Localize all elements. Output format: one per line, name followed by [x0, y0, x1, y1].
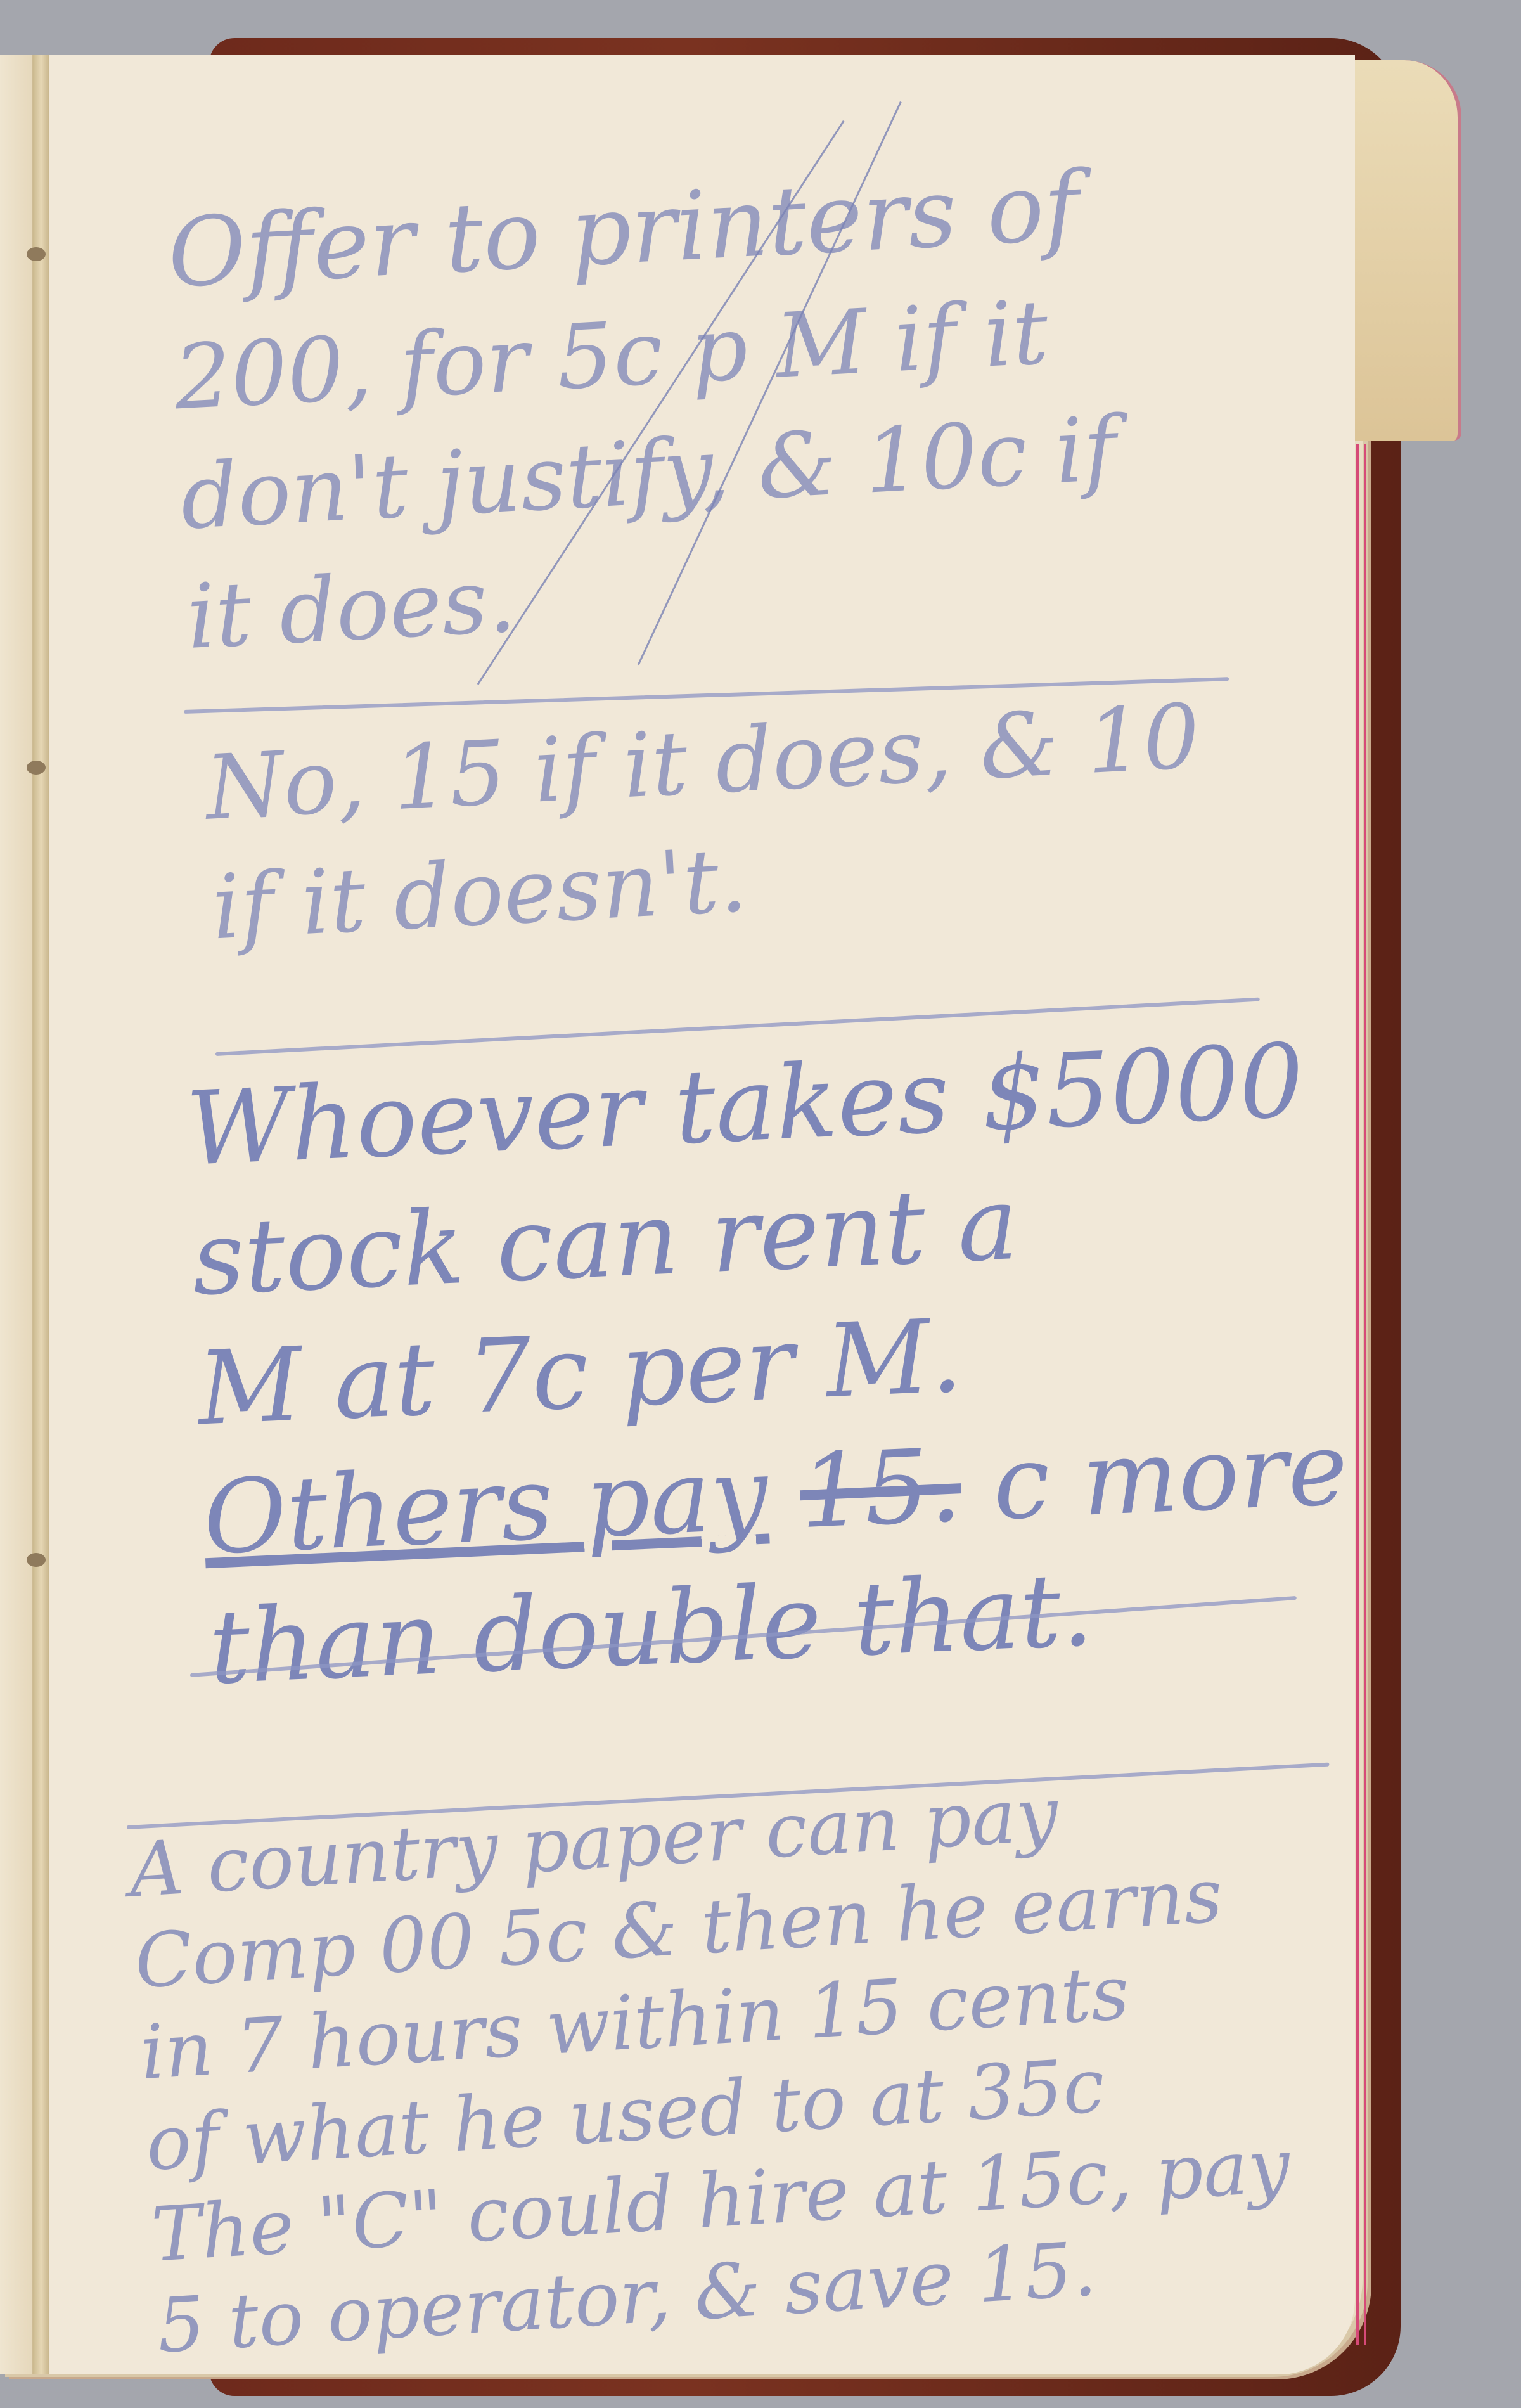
binding-stitch — [27, 761, 46, 775]
note-1: Offer to printers of 200, for 5c p M if … — [165, 141, 1126, 678]
binding-stitch — [27, 1553, 46, 1567]
note-text: Others pay — [201, 1434, 770, 1578]
binding-stitch — [27, 247, 46, 261]
inserted-text: c more — [991, 1409, 1350, 1543]
facing-page-edge — [0, 55, 34, 2374]
struck-text: 15. — [797, 1426, 963, 1552]
binding-gutter — [33, 55, 49, 2374]
torn-page-tab — [1337, 60, 1461, 441]
red-page-edge — [1364, 444, 1366, 2345]
red-page-edge — [1356, 444, 1359, 2345]
note-3: Whoever takes $5000 stock can rent a M a… — [184, 1015, 1356, 1713]
note-4: A country paper can pay Comp 00 5c & the… — [127, 1756, 1298, 2372]
